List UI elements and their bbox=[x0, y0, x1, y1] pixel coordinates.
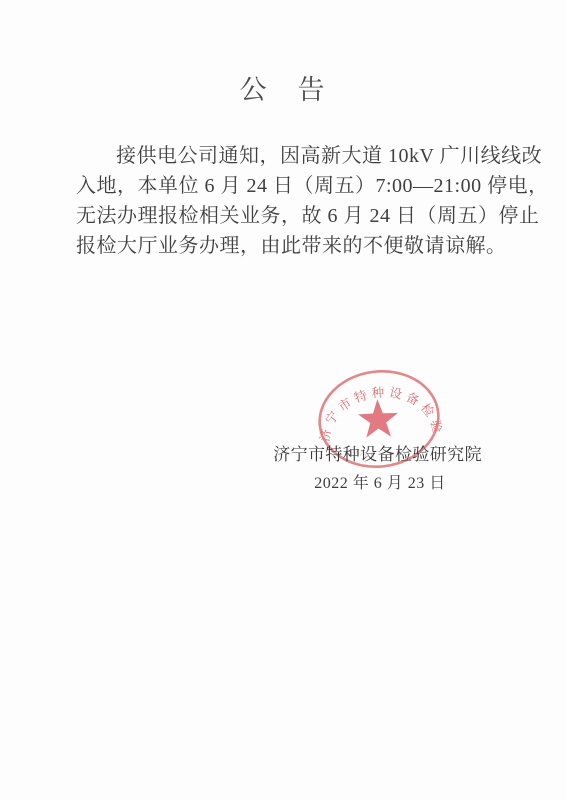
body-line-2: 入地，本单位 6 月 24 日（周五）7:00—21:00 停电， bbox=[76, 171, 499, 201]
seal-star-icon bbox=[356, 397, 400, 440]
body-line-1: 接供电公司通知，因高新大道 10kV 广川线线改 bbox=[76, 141, 499, 171]
signature-organization: 济宁市特种设备检验研究院 bbox=[273, 440, 482, 465]
body-line-4: 报检大厅业务办理，由此带来的不便敬请谅解。 bbox=[76, 231, 499, 261]
notice-document-page: 公 告 接供电公司通知，因高新大道 10kV 广川线线改 入地，本单位 6 月 … bbox=[0, 0, 566, 800]
notice-title: 公 告 bbox=[0, 68, 566, 107]
notice-body-paragraph: 接供电公司通知，因高新大道 10kV 广川线线改 入地，本单位 6 月 24 日… bbox=[76, 141, 499, 261]
notice-date: 2022 年 6 月 23 日 bbox=[314, 470, 446, 493]
body-line-3: 无法办理报检相关业务，故 6 月 24 日（周五）停止 bbox=[76, 201, 499, 231]
